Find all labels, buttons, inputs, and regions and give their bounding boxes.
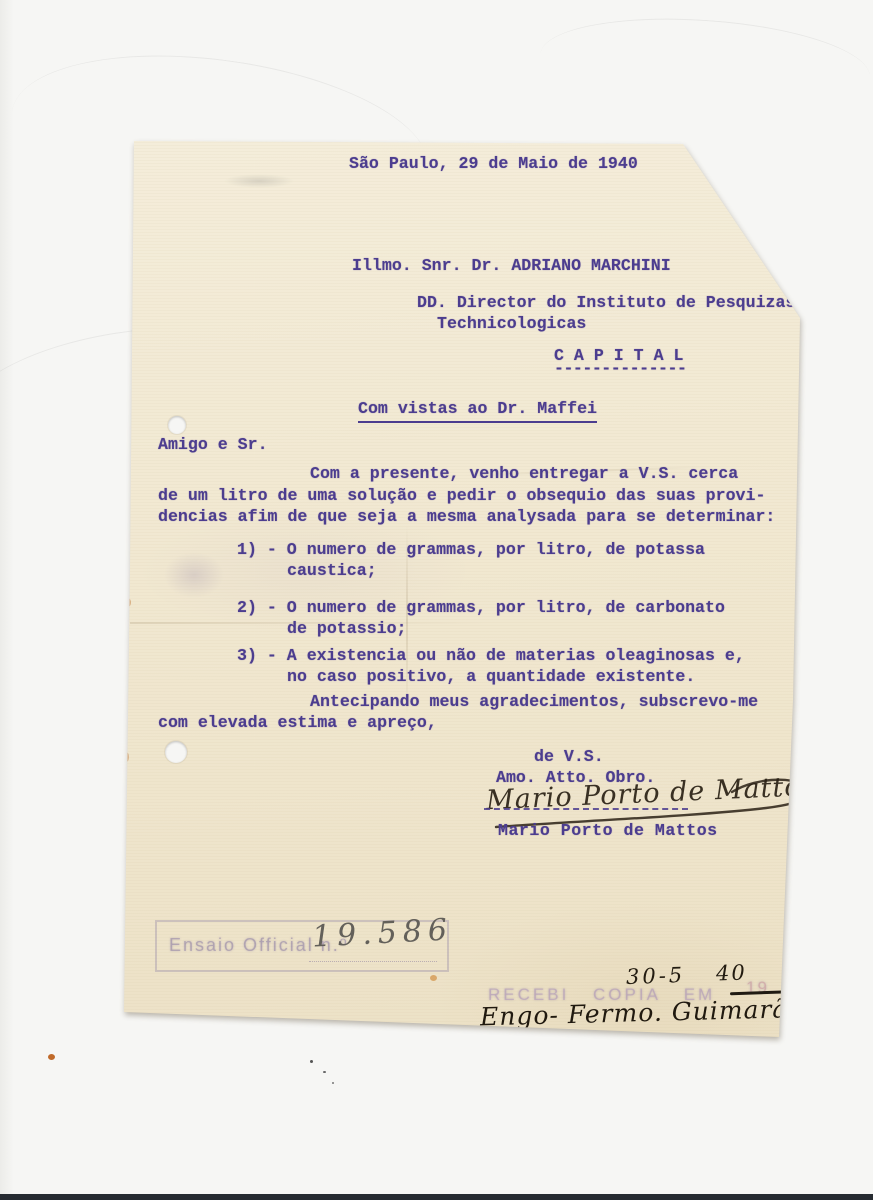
date-line: São Paulo, 29 de Maio de 1940 bbox=[349, 153, 638, 175]
reference-line: Com vistas ao Dr. Maffei bbox=[358, 398, 597, 423]
recipient-name: Illmo. Snr. Dr. ADRIANO MARCHINI bbox=[352, 255, 671, 277]
dust-speck bbox=[323, 1071, 326, 1073]
scanner-scratch bbox=[537, 9, 873, 123]
recipient-institute: Technicologicas bbox=[437, 313, 586, 335]
body-line-1: Com a presente, venho entregar a V.S. ce… bbox=[310, 463, 738, 485]
scanner-background: São Paulo, 29 de Maio de 1940 Illmo. Snr… bbox=[0, 0, 873, 1200]
list-item-1: 1) - O numero de grammas, por litro, de … bbox=[237, 539, 705, 561]
dust-speck bbox=[332, 1082, 334, 1084]
punch-hole bbox=[168, 416, 186, 434]
closing-line-1: Antecipando meus agradecimentos, subscre… bbox=[310, 691, 758, 713]
date-handwritten-day: 30-5 bbox=[626, 963, 686, 989]
foxing-spot bbox=[124, 752, 129, 762]
list-item-3-cont: no caso positivo, a quantidade existente… bbox=[287, 666, 695, 688]
dust-speck bbox=[310, 1060, 313, 1063]
punch-hole bbox=[165, 741, 187, 763]
ensaio-number-handwritten: 19.586 bbox=[311, 912, 454, 954]
body-line-2: de um litro de uma solução e pedir o obs… bbox=[158, 485, 765, 507]
dust-speck bbox=[48, 1054, 55, 1060]
body-line-3: dencias afim de que seja a mesma analysa… bbox=[158, 506, 775, 528]
closing-line-2: com elevada estima e apreço, bbox=[158, 712, 437, 734]
ink-smudge bbox=[164, 552, 224, 598]
signature-typed-name: Mario Porto de Mattos bbox=[498, 820, 718, 842]
ensaio-stamp-dots bbox=[309, 961, 437, 962]
list-item-2-cont: de potassio; bbox=[287, 618, 407, 640]
list-item-1-cont: caustica; bbox=[287, 560, 377, 582]
recipient-title: DD. Director do Instituto de Pesquizas bbox=[417, 292, 795, 314]
list-item-2: 2) - O numero de grammas, por litro, de … bbox=[237, 597, 725, 619]
list-item-3: 3) - A existencia ou não de materias ole… bbox=[237, 645, 745, 667]
scan-edge-strip bbox=[0, 1194, 873, 1200]
salutation: Amigo e Sr. bbox=[158, 434, 268, 456]
letter-paper: São Paulo, 29 de Maio de 1940 Illmo. Snr… bbox=[124, 140, 804, 1040]
pencil-smudge bbox=[224, 174, 294, 188]
letter-page: São Paulo, 29 de Maio de 1940 Illmo. Snr… bbox=[124, 140, 804, 1040]
foxing-spot bbox=[430, 975, 437, 981]
date-handwritten-year: 40 bbox=[716, 960, 748, 985]
recipient-city-underline: -------------- bbox=[554, 358, 686, 380]
closing-de-vs: de V.S. bbox=[534, 746, 604, 768]
foxing-spot bbox=[125, 598, 131, 607]
